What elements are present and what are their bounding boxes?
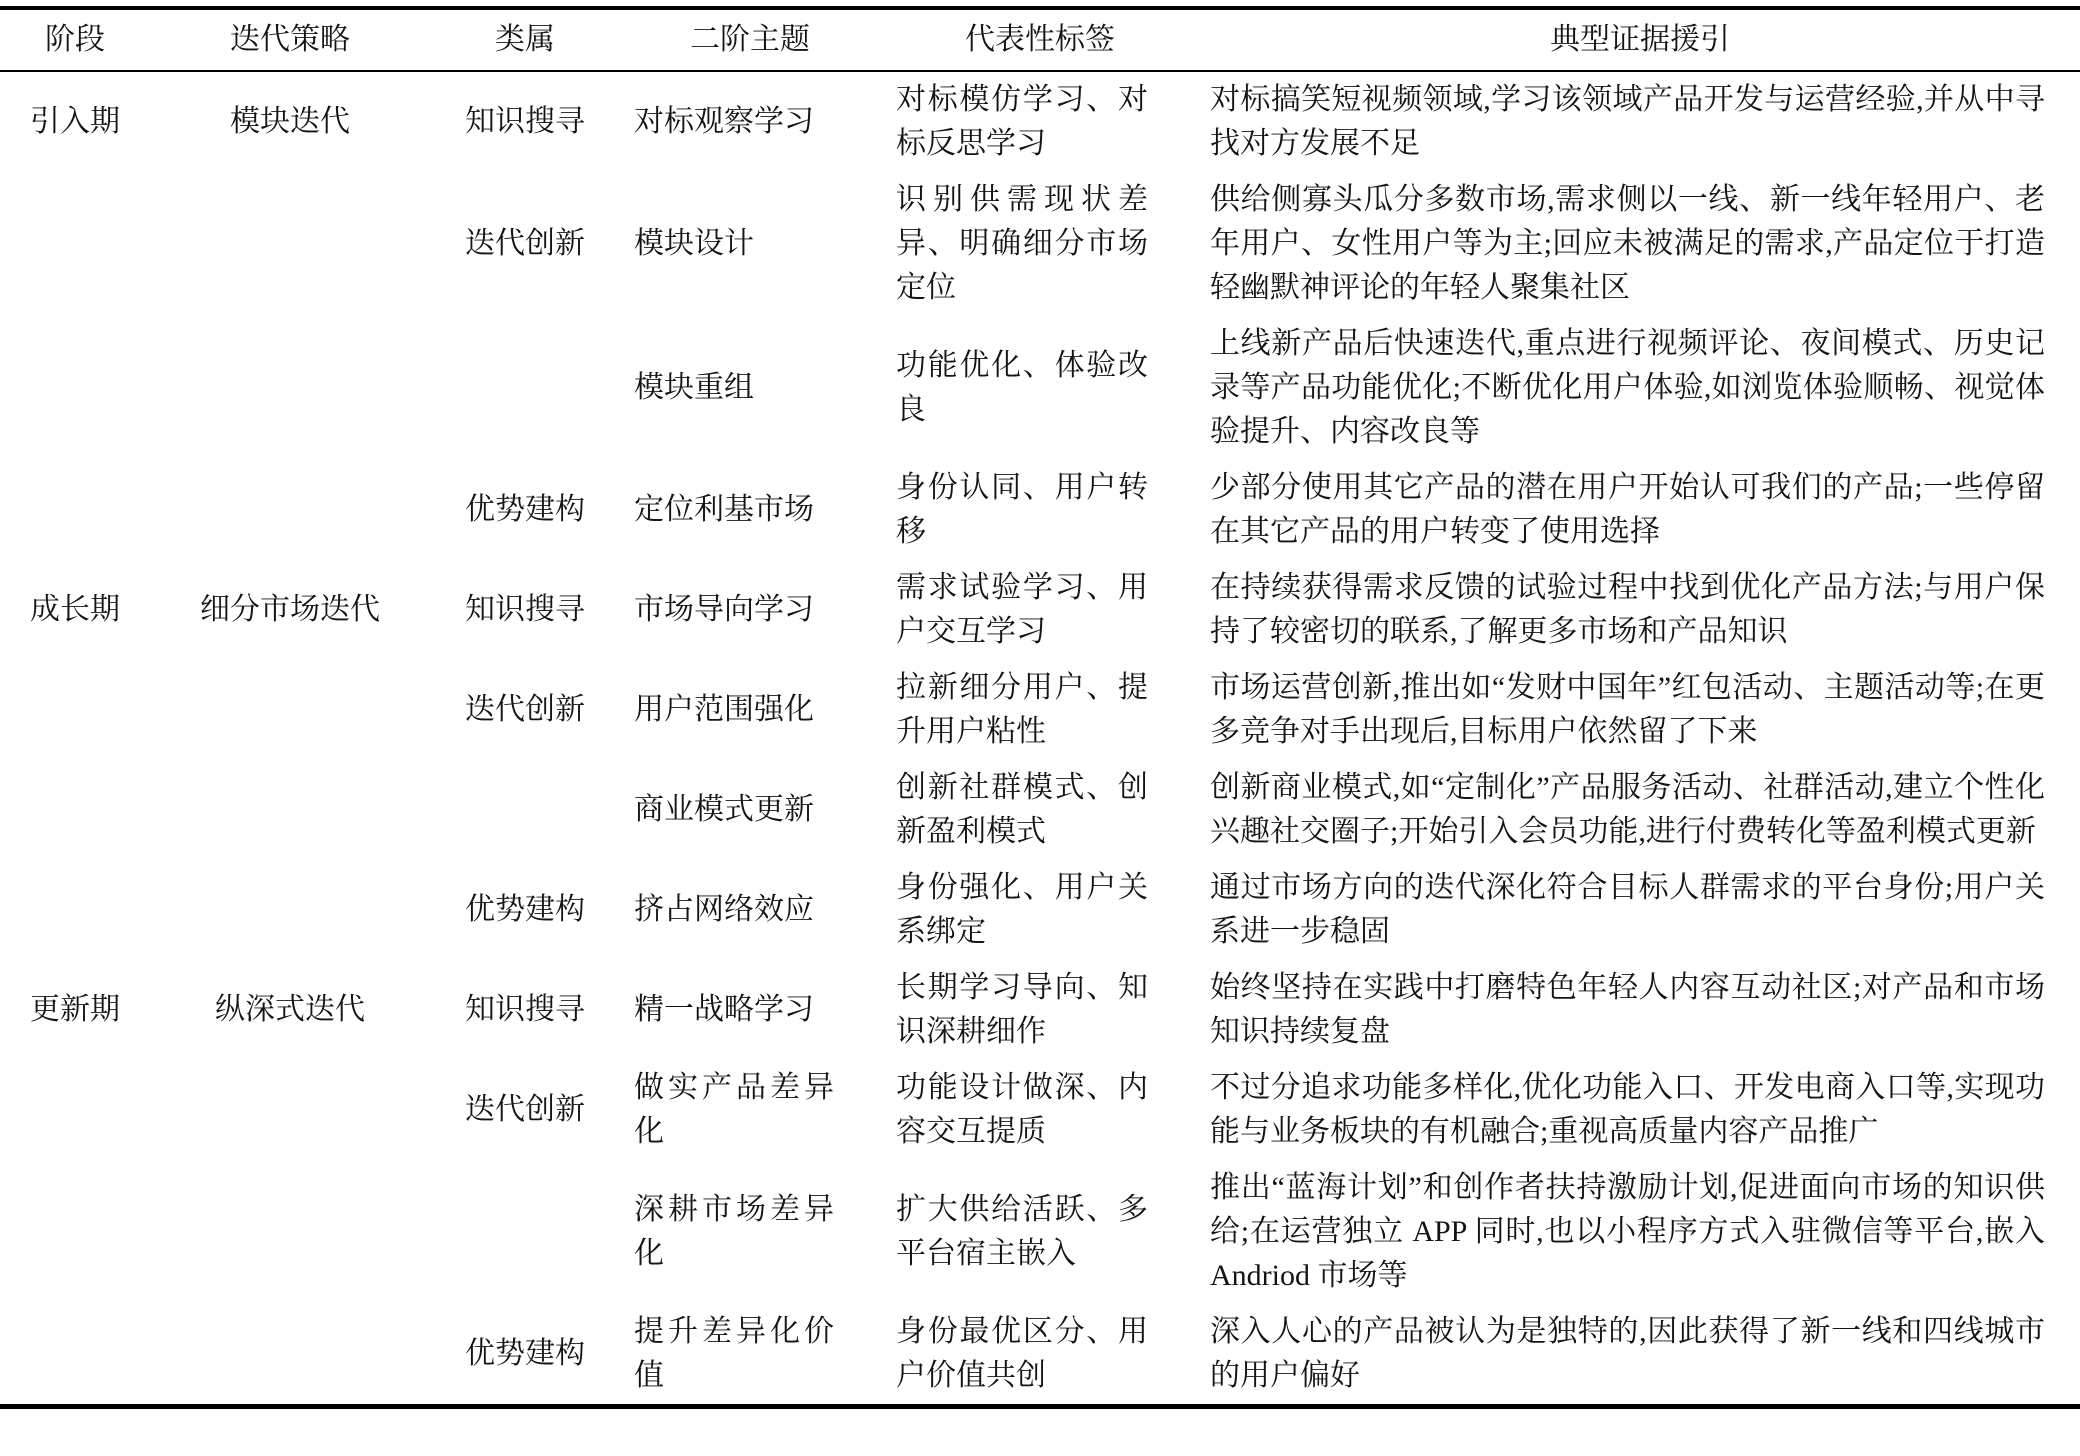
table-row: 迭代创新 模块设计 识别供需现状差异、明确细分市场定位 供给侧寡头瓜分多数市场,…	[0, 172, 2080, 316]
cell-theme: 商业模式更新	[620, 760, 880, 860]
cell-stage: 成长期	[0, 560, 150, 660]
evidence-text: 少部分使用其它产品的潜在用户开始认可我们的产品;一些停留在其它产品的用户转变了使…	[1210, 466, 2045, 554]
labels-text: 功能设计做深、内容交互提质	[896, 1066, 1148, 1154]
cell-stage: 更新期	[0, 960, 150, 1060]
cell-evidence: 始终坚持在实践中打磨特色年轻人内容互动社区;对产品和市场知识持续复盘	[1200, 960, 2080, 1060]
cell-stage	[0, 1304, 150, 1407]
cell-labels: 功能优化、体验改良	[880, 316, 1200, 460]
labels-text: 身份强化、用户关系绑定	[896, 866, 1148, 954]
evidence-text: 推出“蓝海计划”和创作者扶持激励计划,促进面向市场的知识供给;在运营独立 APP…	[1210, 1166, 2045, 1298]
cell-strategy	[150, 1304, 430, 1407]
cell-theme: 对标观察学习	[620, 71, 880, 172]
evidence-text: 通过市场方向的迭代深化符合目标人群需求的平台身份;用户关系进一步稳固	[1210, 866, 2045, 954]
cell-stage	[0, 316, 150, 460]
cell-strategy	[150, 1160, 430, 1304]
evidence-text: 始终坚持在实践中打磨特色年轻人内容互动社区;对产品和市场知识持续复盘	[1210, 966, 2045, 1054]
cell-strategy	[150, 860, 430, 960]
cell-labels: 创新社群模式、创新盈利模式	[880, 760, 1200, 860]
labels-text: 扩大供给活跃、多平台宿主嵌入	[896, 1188, 1148, 1276]
cell-strategy: 细分市场迭代	[150, 560, 430, 660]
labels-text: 拉新细分用户、提升用户粘性	[896, 666, 1148, 754]
cell-theme: 模块重组	[620, 316, 880, 460]
cell-strategy	[150, 316, 430, 460]
table-row: 更新期 纵深式迭代 知识搜寻 精一战略学习 长期学习导向、知识深耕细作 始终坚持…	[0, 960, 2080, 1060]
cell-strategy	[150, 760, 430, 860]
labels-text: 识别供需现状差异、明确细分市场定位	[896, 178, 1148, 310]
col-header-labels: 代表性标签	[880, 8, 1200, 71]
cell-category: 迭代创新	[430, 1060, 620, 1160]
col-header-category: 类属	[430, 8, 620, 71]
evidence-text: 对标搞笑短视频领域,学习该领域产品开发与运营经验,并从中寻找对方发展不足	[1210, 78, 2045, 166]
evidence-text: 市场运营创新,推出如“发财中国年”红包活动、主题活动等;在更多竞争对手出现后,目…	[1210, 666, 2045, 754]
labels-text: 创新社群模式、创新盈利模式	[896, 766, 1148, 854]
table-row: 深耕市场差异化 扩大供给活跃、多平台宿主嵌入 推出“蓝海计划”和创作者扶持激励计…	[0, 1160, 2080, 1304]
cell-category: 知识搜寻	[430, 560, 620, 660]
cell-category	[430, 316, 620, 460]
cell-evidence: 供给侧寡头瓜分多数市场,需求侧以一线、新一线年轻用户、老年用户、女性用户等为主;…	[1200, 172, 2080, 316]
labels-text: 对标模仿学习、对标反思学习	[896, 78, 1148, 166]
evidence-text: 不过分追求功能多样化,优化功能入口、开发电商入口等,实现功能与业务板块的有机融合…	[1210, 1066, 2045, 1154]
theme-text: 做实产品差异化	[634, 1066, 834, 1154]
cell-evidence: 通过市场方向的迭代深化符合目标人群需求的平台身份;用户关系进一步稳固	[1200, 860, 2080, 960]
theme-text: 定位利基市场	[634, 488, 834, 532]
cell-strategy	[150, 660, 430, 760]
cell-labels: 拉新细分用户、提升用户粘性	[880, 660, 1200, 760]
theme-text: 模块重组	[634, 366, 834, 410]
table-row: 成长期 细分市场迭代 知识搜寻 市场导向学习 需求试验学习、用户交互学习 在持续…	[0, 560, 2080, 660]
cell-stage	[0, 660, 150, 760]
cell-labels: 对标模仿学习、对标反思学习	[880, 71, 1200, 172]
cell-labels: 身份最优区分、用户价值共创	[880, 1304, 1200, 1407]
cell-stage	[0, 460, 150, 560]
cell-category: 迭代创新	[430, 172, 620, 316]
cell-labels: 身份认同、用户转移	[880, 460, 1200, 560]
table-header: 阶段 迭代策略 类属 二阶主题 代表性标签 典型证据援引	[0, 8, 2080, 71]
cell-evidence: 不过分追求功能多样化,优化功能入口、开发电商入口等,实现功能与业务板块的有机融合…	[1200, 1060, 2080, 1160]
evidence-text: 创新商业模式,如“定制化”产品服务活动、社群活动,建立个性化兴趣社交圈子;开始引…	[1210, 766, 2045, 854]
evidence-text: 上线新产品后快速迭代,重点进行视频评论、夜间模式、历史记录等产品功能优化;不断优…	[1210, 322, 2045, 454]
theme-text: 模块设计	[634, 222, 834, 266]
col-header-theme: 二阶主题	[620, 8, 880, 71]
cell-stage	[0, 1060, 150, 1160]
cell-stage	[0, 860, 150, 960]
cell-evidence: 对标搞笑短视频领域,学习该领域产品开发与运营经验,并从中寻找对方发展不足	[1200, 71, 2080, 172]
table-row: 引入期 模块迭代 知识搜寻 对标观察学习 对标模仿学习、对标反思学习 对标搞笑短…	[0, 71, 2080, 172]
cell-labels: 功能设计做深、内容交互提质	[880, 1060, 1200, 1160]
cell-theme: 模块设计	[620, 172, 880, 316]
cell-evidence: 推出“蓝海计划”和创作者扶持激励计划,促进面向市场的知识供给;在运营独立 APP…	[1200, 1160, 2080, 1304]
cell-category	[430, 1160, 620, 1304]
cell-labels: 长期学习导向、知识深耕细作	[880, 960, 1200, 1060]
col-header-evidence: 典型证据援引	[1200, 8, 2080, 71]
table-row: 迭代创新 做实产品差异化 功能设计做深、内容交互提质 不过分追求功能多样化,优化…	[0, 1060, 2080, 1160]
table-row: 优势建构 定位利基市场 身份认同、用户转移 少部分使用其它产品的潜在用户开始认可…	[0, 460, 2080, 560]
cell-theme: 深耕市场差异化	[620, 1160, 880, 1304]
labels-text: 身份最优区分、用户价值共创	[896, 1310, 1148, 1398]
cell-strategy: 纵深式迭代	[150, 960, 430, 1060]
cell-theme: 做实产品差异化	[620, 1060, 880, 1160]
labels-text: 身份认同、用户转移	[896, 466, 1148, 554]
cell-stage	[0, 760, 150, 860]
cell-strategy	[150, 1060, 430, 1160]
theme-text: 精一战略学习	[634, 988, 834, 1032]
cell-strategy: 模块迭代	[150, 71, 430, 172]
cell-evidence: 少部分使用其它产品的潜在用户开始认可我们的产品;一些停留在其它产品的用户转变了使…	[1200, 460, 2080, 560]
labels-text: 功能优化、体验改良	[896, 344, 1148, 432]
cell-evidence: 上线新产品后快速迭代,重点进行视频评论、夜间模式、历史记录等产品功能优化;不断优…	[1200, 316, 2080, 460]
cell-labels: 扩大供给活跃、多平台宿主嵌入	[880, 1160, 1200, 1304]
cell-theme: 提升差异化价值	[620, 1304, 880, 1407]
cell-evidence: 市场运营创新,推出如“发财中国年”红包活动、主题活动等;在更多竞争对手出现后,目…	[1200, 660, 2080, 760]
cell-category: 优势建构	[430, 1304, 620, 1407]
table-body: 引入期 模块迭代 知识搜寻 对标观察学习 对标模仿学习、对标反思学习 对标搞笑短…	[0, 71, 2080, 1407]
labels-text: 需求试验学习、用户交互学习	[896, 566, 1148, 654]
cell-theme: 精一战略学习	[620, 960, 880, 1060]
cell-evidence: 深入人心的产品被认为是独特的,因此获得了新一线和四线城市的用户偏好	[1200, 1304, 2080, 1407]
cell-stage: 引入期	[0, 71, 150, 172]
iteration-strategy-table: 阶段 迭代策略 类属 二阶主题 代表性标签 典型证据援引 引入期 模块迭代 知识…	[0, 6, 2080, 1409]
table-row: 商业模式更新 创新社群模式、创新盈利模式 创新商业模式,如“定制化”产品服务活动…	[0, 760, 2080, 860]
cell-evidence: 创新商业模式,如“定制化”产品服务活动、社群活动,建立个性化兴趣社交圈子;开始引…	[1200, 760, 2080, 860]
cell-strategy	[150, 460, 430, 560]
cell-labels: 身份强化、用户关系绑定	[880, 860, 1200, 960]
col-header-strategy: 迭代策略	[150, 8, 430, 71]
theme-text: 提升差异化价值	[634, 1310, 834, 1398]
cell-category: 优势建构	[430, 460, 620, 560]
cell-category: 知识搜寻	[430, 960, 620, 1060]
cell-theme: 定位利基市场	[620, 460, 880, 560]
header-row: 阶段 迭代策略 类属 二阶主题 代表性标签 典型证据援引	[0, 8, 2080, 71]
evidence-text: 深入人心的产品被认为是独特的,因此获得了新一线和四线城市的用户偏好	[1210, 1310, 2045, 1398]
cell-theme: 挤占网络效应	[620, 860, 880, 960]
cell-stage	[0, 172, 150, 316]
labels-text: 长期学习导向、知识深耕细作	[896, 966, 1148, 1054]
cell-labels: 需求试验学习、用户交互学习	[880, 560, 1200, 660]
cell-theme: 用户范围强化	[620, 660, 880, 760]
theme-text: 深耕市场差异化	[634, 1188, 834, 1276]
theme-text: 挤占网络效应	[634, 888, 834, 932]
cell-category: 知识搜寻	[430, 71, 620, 172]
theme-text: 市场导向学习	[634, 588, 834, 632]
cell-category	[430, 760, 620, 860]
cell-category: 优势建构	[430, 860, 620, 960]
table-row: 优势建构 提升差异化价值 身份最优区分、用户价值共创 深入人心的产品被认为是独特…	[0, 1304, 2080, 1407]
evidence-text: 在持续获得需求反馈的试验过程中找到优化产品方法;与用户保持了较密切的联系,了解更…	[1210, 566, 2045, 654]
cell-evidence: 在持续获得需求反馈的试验过程中找到优化产品方法;与用户保持了较密切的联系,了解更…	[1200, 560, 2080, 660]
cell-theme: 市场导向学习	[620, 560, 880, 660]
col-header-stage: 阶段	[0, 8, 150, 71]
theme-text: 用户范围强化	[634, 688, 834, 732]
theme-text: 商业模式更新	[634, 788, 834, 832]
table-row: 优势建构 挤占网络效应 身份强化、用户关系绑定 通过市场方向的迭代深化符合目标人…	[0, 860, 2080, 960]
theme-text: 对标观察学习	[634, 100, 834, 144]
table-row: 模块重组 功能优化、体验改良 上线新产品后快速迭代,重点进行视频评论、夜间模式、…	[0, 316, 2080, 460]
cell-strategy	[150, 172, 430, 316]
cell-stage	[0, 1160, 150, 1304]
cell-labels: 识别供需现状差异、明确细分市场定位	[880, 172, 1200, 316]
evidence-text: 供给侧寡头瓜分多数市场,需求侧以一线、新一线年轻用户、老年用户、女性用户等为主;…	[1210, 178, 2045, 310]
table-row: 迭代创新 用户范围强化 拉新细分用户、提升用户粘性 市场运营创新,推出如“发财中…	[0, 660, 2080, 760]
cell-category: 迭代创新	[430, 660, 620, 760]
